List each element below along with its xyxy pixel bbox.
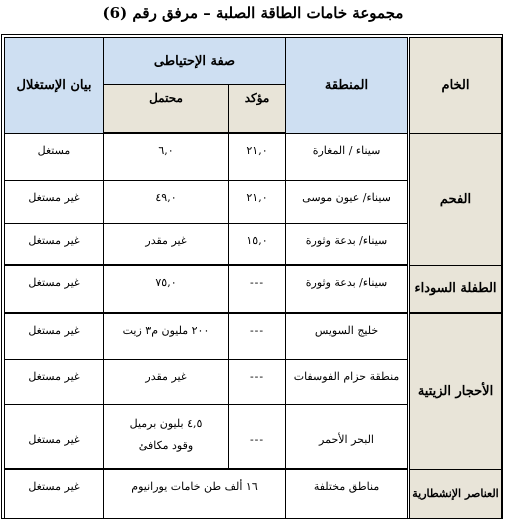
confirmed-cell: --- xyxy=(229,265,286,313)
header-probable: محتمل xyxy=(104,85,229,134)
reserve-merged-cell: ١٦ ألف طن خامات يورانيوم xyxy=(104,469,286,518)
status-cell: غير مستغل xyxy=(5,180,104,223)
table-row: الفحم سيناء / المغارة ٢١,٠ ٦,٠ مستغل xyxy=(5,133,502,180)
status-cell: غير مستغل xyxy=(5,404,104,469)
table-row: العناصر الإنشطارية مناطق مختلفة ١٦ ألف ط… xyxy=(5,469,502,518)
table-row: الأحجار الزيتية خليج السويس --- ٢٠٠ مليو… xyxy=(5,313,502,359)
raw-radioactive: العناصر الإنشطارية xyxy=(409,469,502,518)
probable-cell: ٢٠٠ مليون م٣ زيت xyxy=(104,313,229,359)
confirmed-cell: --- xyxy=(229,404,286,469)
status-cell: غير مستغل xyxy=(5,265,104,313)
header-region: المنطقة xyxy=(286,38,409,134)
confirmed-cell: --- xyxy=(229,359,286,404)
header-reserve: صفة الإحتياطى xyxy=(104,38,286,85)
table-row: الطفلة السوداء سيناء/ بدعة وثورة --- ٧٥,… xyxy=(5,265,502,313)
region-cell: خليج السويس xyxy=(286,313,409,359)
raw-oil-shale: الأحجار الزيتية xyxy=(409,313,502,469)
status-cell: مستغل xyxy=(5,133,104,180)
region-cell: منطقة حزام الفوسفات xyxy=(286,359,409,404)
status-cell: غير مستغل xyxy=(5,469,104,518)
confirmed-cell: ١٥,٠ xyxy=(229,223,286,265)
confirmed-cell: --- xyxy=(229,313,286,359)
probable-cell: ٧٥,٠ xyxy=(104,265,229,313)
probable-cell: ٦,٠ xyxy=(104,133,229,180)
region-cell: سيناء/ عيون موسى xyxy=(286,180,409,223)
probable-cell: غير مقدر xyxy=(104,223,229,265)
status-cell: غير مستغل xyxy=(5,359,104,404)
confirmed-cell: ٢١,٠ xyxy=(229,180,286,223)
header-raw: الخام xyxy=(409,38,502,134)
header-exploitation: بيان الإستغلال xyxy=(5,38,104,134)
page-title: مجموعة خامات الطاقة الصلبة – مرفق رقم (6… xyxy=(0,2,506,24)
raw-coal: الفحم xyxy=(409,133,502,265)
header-confirmed: مؤكد xyxy=(229,85,286,134)
region-cell: سيناء/ بدعة وثورة xyxy=(286,223,409,265)
region-cell: سيناء/ بدعة وثورة xyxy=(286,265,409,313)
status-cell: غير مستغل xyxy=(5,223,104,265)
region-cell: البحر الأحمر xyxy=(286,404,409,469)
confirmed-cell: ٢١,٠ xyxy=(229,133,286,180)
probable-cell: غير مقدر xyxy=(104,359,229,404)
probable-cell: ٤,٥ بليون برميل وقود مكافئ xyxy=(104,404,229,469)
region-cell: سيناء / المغارة xyxy=(286,133,409,180)
raw-black-shale: الطفلة السوداء xyxy=(409,265,502,313)
region-cell: مناطق مختلفة xyxy=(286,469,409,518)
probable-cell: ٤٩,٠ xyxy=(104,180,229,223)
status-cell: غير مستغل xyxy=(5,313,104,359)
energy-raw-materials-table: الخام المنطقة صفة الإحتياطى بيان الإستغل… xyxy=(4,37,502,519)
